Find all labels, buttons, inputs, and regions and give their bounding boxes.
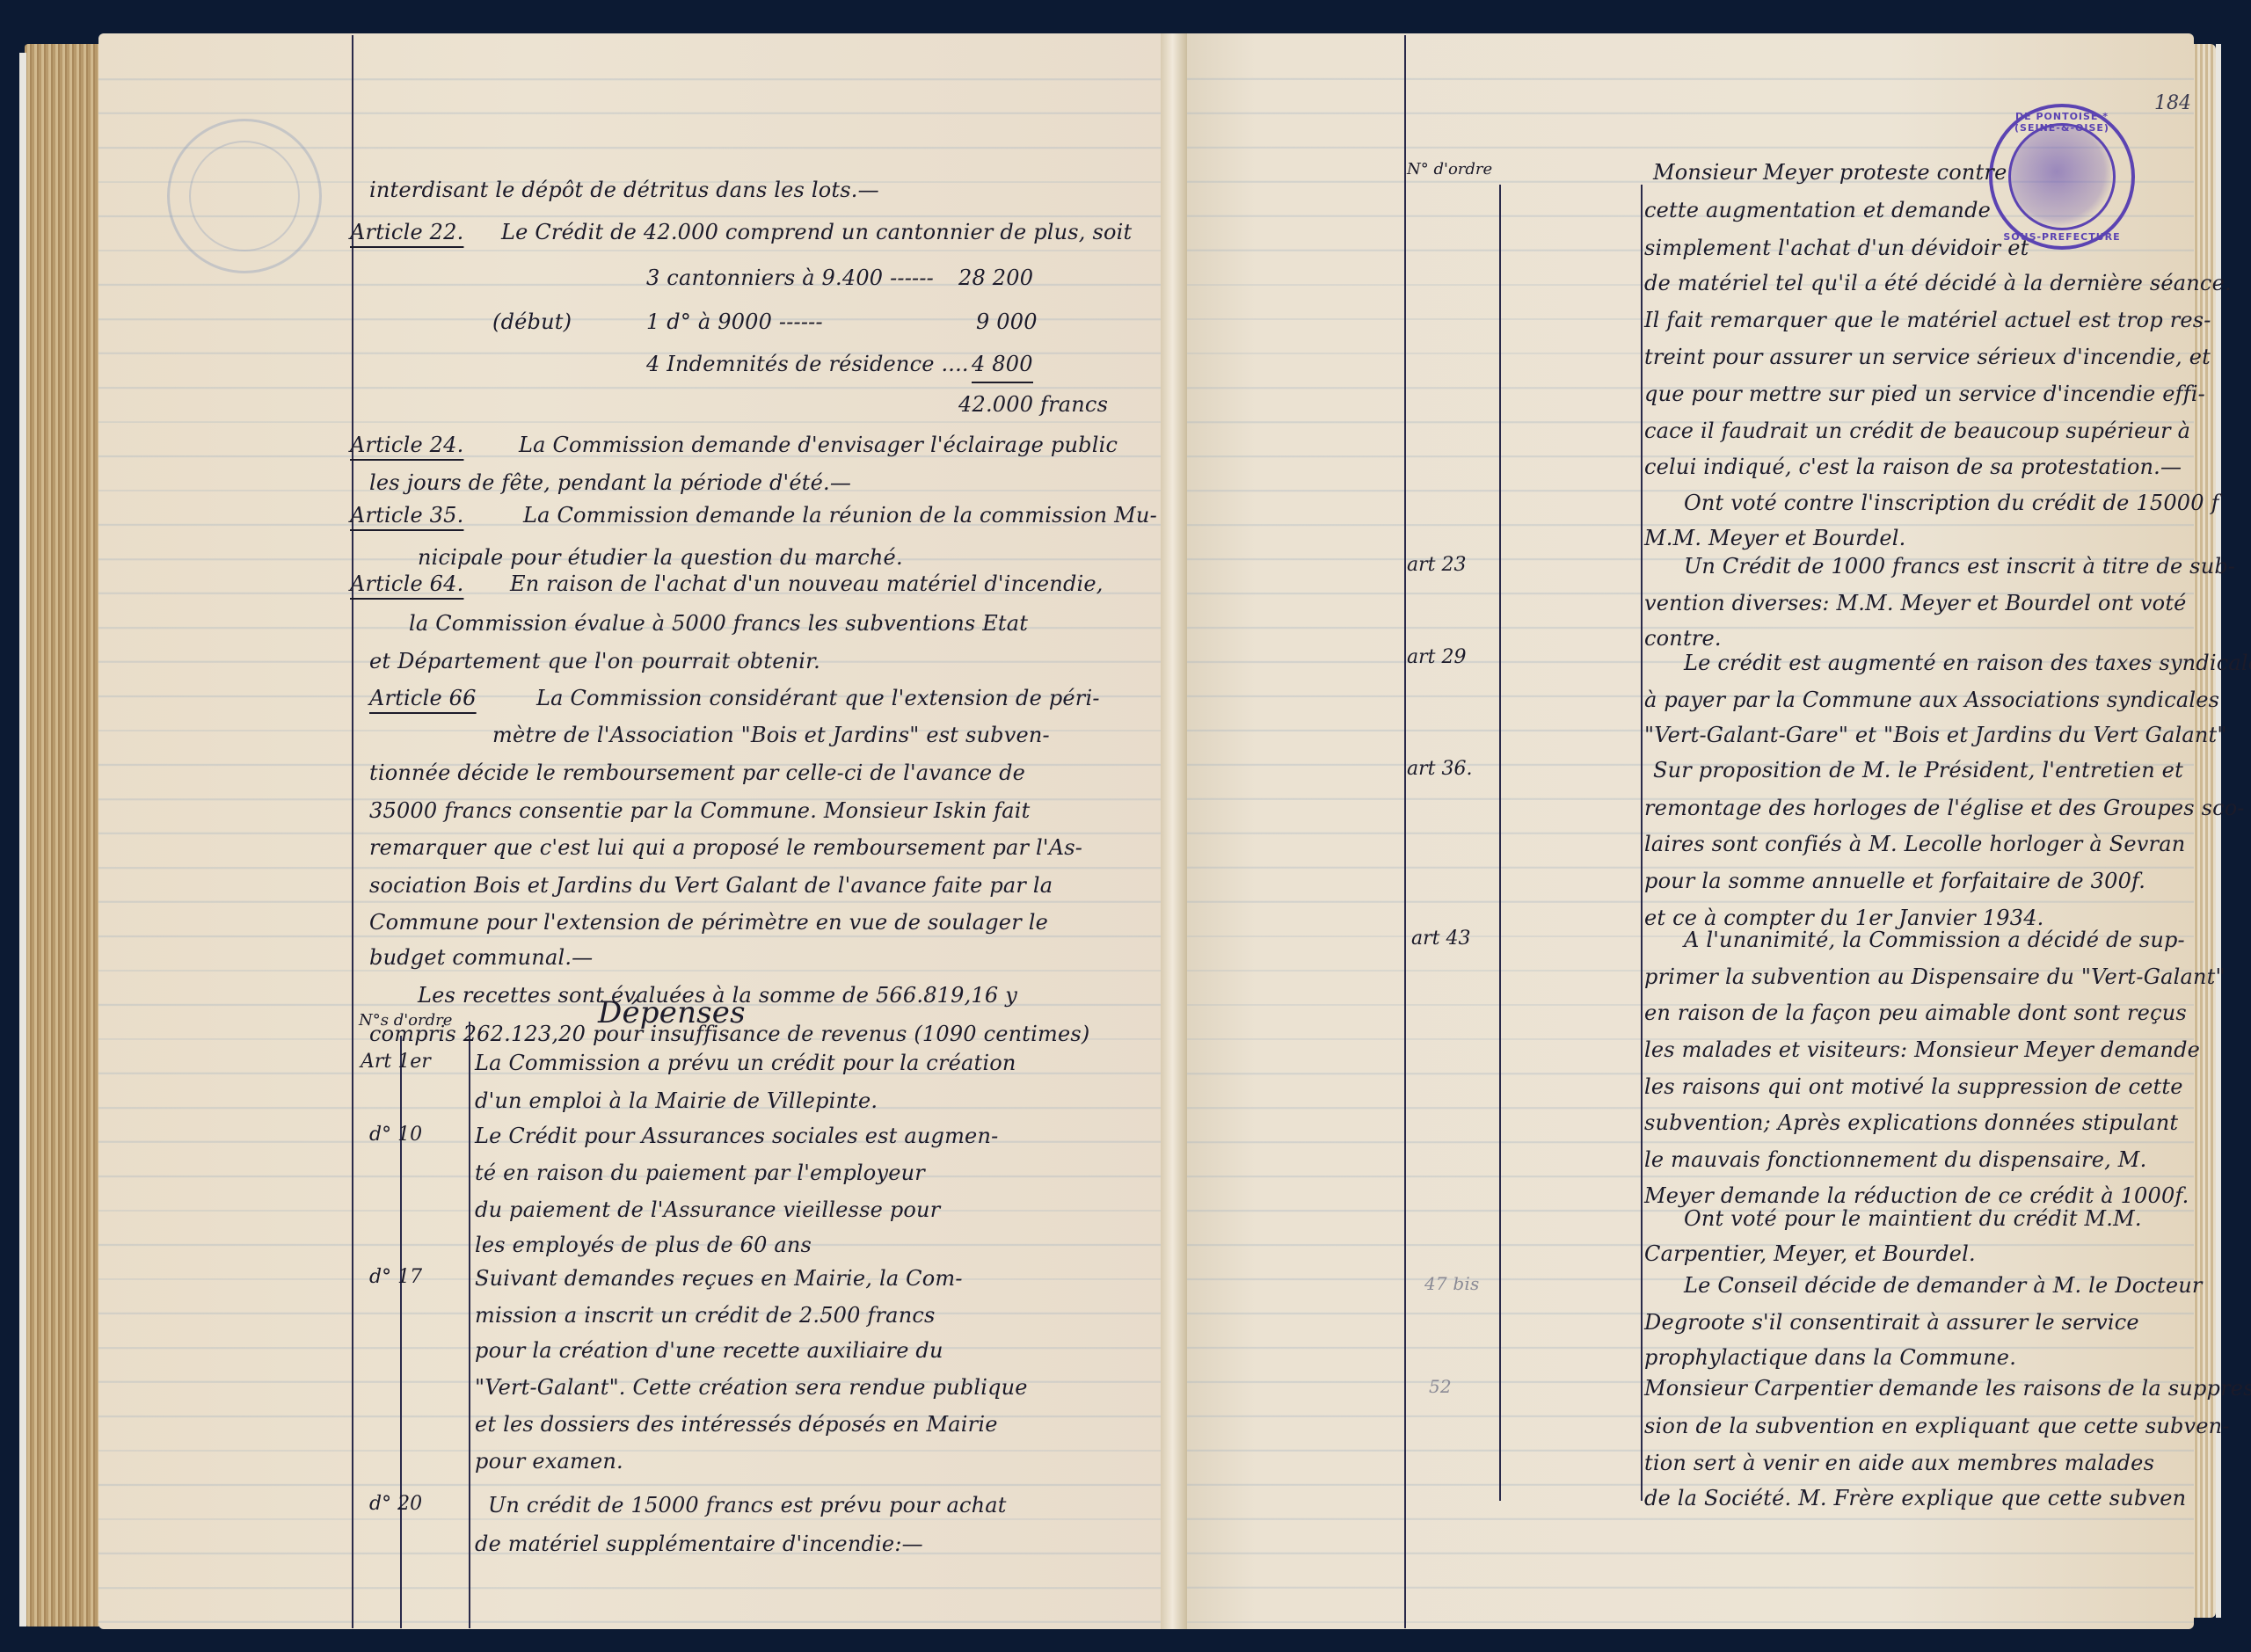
entry-line: de matériel tel qu'il a été décidé à la … (1644, 271, 2232, 295)
ordre-number: d° 17 (369, 1266, 422, 1288)
entry-line: Sur proposition de M. le Président, l'en… (1653, 758, 2183, 782)
entry-line: La Commission a prévu un crédit pour la … (475, 1051, 1016, 1075)
entry-line: pour examen. (475, 1449, 623, 1474)
entry-line: Suivant demandes reçues en Mairie, la Co… (475, 1266, 963, 1291)
entry-line: primer la subvention au Dispensaire du "… (1644, 964, 2226, 989)
ordre-column-rule-right (1499, 185, 1501, 1501)
entry-line: que pour mettre sur pied un service d'in… (1644, 382, 2205, 406)
article-label: Article 35. (350, 503, 463, 528)
article-text: Le Crédit de 42.000 comprend un cantonni… (501, 220, 1132, 244)
article-line: La Commission demande d'envisager l'écla… (519, 433, 1118, 457)
ordre-number: art 29 (1407, 646, 1466, 668)
entry-line: A l'unanimité, la Commission a décidé de… (1684, 928, 2185, 952)
ordre-number: art 43 (1411, 928, 1470, 950)
article-line: la Commission évalue à 5000 francs les s… (409, 611, 1028, 636)
book-gutter (1161, 33, 1187, 1629)
entry-line: cace il faudrait un crédit de beaucoup s… (1644, 418, 2190, 443)
breakdown-amount: 4 800 (972, 352, 1033, 383)
entry-line: Degroote s'il consentirait à assurer le … (1644, 1310, 2139, 1335)
text-column-rule (469, 1022, 470, 1628)
entry-line: Il fait remarquer que le matériel actuel… (1644, 308, 2211, 332)
article-line: En raison de l'achat d'un nouveau matéri… (510, 571, 1104, 596)
entry-line: du paiement de l'Assurance vieillesse po… (475, 1197, 940, 1222)
entry-line: Un crédit de 15000 francs est prévu pour… (488, 1493, 1007, 1517)
entry-line: le mauvais fonctionnement du dispensaire… (1644, 1147, 2146, 1172)
entry-line: celui indiqué, c'est la raison de sa pro… (1644, 455, 2182, 479)
sous-prefecture-stamp: DE PONTOISE * (SEINE-&-OISE) SOUS-PREFEC… (1989, 104, 2135, 250)
entry-line: "Vert-Galant". Cette création sera rendu… (475, 1375, 1028, 1400)
entry-line: pour la création d'une recette auxiliair… (475, 1338, 943, 1363)
article-line: mètre de l'Association "Bois et Jardins"… (492, 723, 1050, 747)
left-margin-rule (352, 35, 353, 1628)
entry-line: treint pour assurer un service sérieux d… (1644, 345, 2211, 369)
breakdown-prefix: (début) (492, 309, 572, 334)
text-column-rule-right (1641, 185, 1643, 1501)
entry-line: vention diverses: M.M. Meyer et Bourdel … (1644, 591, 2187, 615)
pencil-annotation: 52 (1429, 1376, 1452, 1397)
entry-line: tion sert à venir en aide aux membres ma… (1644, 1451, 2154, 1475)
line-continuation: interdisant le dépôt de détritus dans le… (369, 178, 879, 202)
article-label: Article 64. (350, 571, 463, 596)
breakdown-desc: 4 Indemnités de résidence .... (646, 352, 969, 376)
entry-line: d'un emploi à la Mairie de Villepinte. (475, 1088, 878, 1113)
entry-line: sion de la subvention en expliquant que … (1644, 1414, 2230, 1438)
entry-line: contre. (1644, 626, 1722, 651)
article-line: Commune pour l'extension de périmètre en… (369, 910, 1048, 935)
entry-line: subvention; Après explications données s… (1644, 1110, 2178, 1135)
entry-line: laires sont confiés à M. Lecolle horloge… (1644, 832, 2185, 856)
stamp-text-top: DE PONTOISE * (SEINE-&-OISE) (1992, 111, 2131, 134)
entry-line: Le Conseil décide de demander à M. le Do… (1684, 1273, 2203, 1298)
entry-line: Le Crédit pour Assurances sociales est a… (475, 1124, 998, 1148)
entry-line: les raisons qui ont motivé la suppressio… (1644, 1074, 2183, 1099)
article-label: Article 22. (350, 220, 463, 244)
entry-line: pour la somme annuelle et forfaitaire de… (1644, 869, 2145, 893)
article-line: tionnée décide le remboursement par cell… (369, 761, 1025, 785)
breakdown-desc: 3 cantonniers à 9.400 ------ (646, 266, 934, 290)
article-line: nicipale pour étudier la question du mar… (418, 545, 903, 570)
article-line: 35000 francs consentie par la Commune. M… (369, 798, 1031, 823)
entry-line: Un Crédit de 1000 francs est inscrit à t… (1684, 554, 2235, 579)
right-margin-rule (1404, 35, 1406, 1628)
ordre-number: d° 10 (369, 1124, 422, 1146)
entry-line: de la Société. M. Frère explique que cet… (1644, 1486, 2186, 1510)
depenses-title: Dépenses (598, 995, 746, 1030)
entry-line: et ce à compter du 1er Janvier 1934. (1644, 906, 2044, 930)
book-page-edges-left (25, 44, 104, 1627)
breakdown-amount: 9 000 (976, 309, 1038, 334)
faded-stamp (167, 119, 322, 273)
article-label: Article 24. (350, 433, 463, 457)
entry-line: en raison de la façon peu aimable dont s… (1644, 1001, 2187, 1025)
ordre-number: art 36. (1407, 758, 1472, 780)
article-line: les jours de fête, pendant la période d'… (369, 470, 851, 495)
article-line: et Département que l'on pourrait obtenir… (369, 649, 820, 673)
entry-line: simplement l'achat d'un dévidoir et (1644, 236, 2029, 260)
entry-line: Ont voté contre l'inscription du crédit … (1684, 491, 2219, 515)
article-line: La Commission demande la réunion de la c… (523, 503, 1157, 528)
entry-line: et les dossiers des intéressés déposés e… (475, 1412, 998, 1437)
ordre-number: Art 1er (361, 1051, 431, 1073)
entry-line: Meyer demande la réduction de ce crédit … (1644, 1183, 2189, 1208)
entry-line: Monsieur Carpentier demande les raisons … (1644, 1376, 2251, 1401)
article-line: budget communal.— (369, 945, 593, 970)
entry-line: cette augmentation et demande (1644, 198, 1991, 222)
entry-line: Carpentier, Meyer, et Bourdel. (1644, 1241, 1976, 1266)
pencil-annotation: 47 bis (1424, 1273, 1479, 1294)
entry-line: Le crédit est augmenté en raison des tax… (1684, 651, 2251, 675)
ordre-number: d° 20 (369, 1493, 422, 1515)
article-line: sociation Bois et Jardins du Vert Galant… (369, 873, 1053, 898)
entry-line: Monsieur Meyer proteste contre (1653, 160, 2007, 185)
entry-line: "Vert-Galant-Gare" et "Bois et Jardins d… (1644, 723, 2227, 747)
entry-line: M.M. Meyer et Bourdel. (1644, 526, 1905, 550)
entry-line: Ont voté pour le maintient du crédit M.M… (1684, 1206, 2142, 1231)
article-label: Article 66 (369, 686, 477, 710)
ordre-number: art 23 (1407, 554, 1466, 576)
breakdown-amount: 28 200 (958, 266, 1033, 290)
entry-line: prophylactique dans la Commune. (1644, 1345, 2016, 1370)
entry-line: à payer par la Commune aux Associations … (1644, 688, 2219, 712)
entry-line: remontage des horloges de l'église et de… (1644, 796, 2245, 820)
entry-line: de matériel supplémentaire d'incendie:— (475, 1532, 923, 1556)
article-line: remarquer que c'est lui qui a proposé le… (369, 835, 1082, 860)
entry-line: té en raison du paiement par l'employeur (475, 1161, 925, 1185)
entry-line: les malades et visiteurs: Monsieur Meyer… (1644, 1037, 2200, 1062)
ordre-column-header-right: N° d'ordre (1407, 160, 1492, 178)
folio-number: 184 (2154, 92, 2191, 114)
entry-line: mission a inscrit un crédit de 2.500 fra… (475, 1303, 936, 1328)
entry-line: les employés de plus de 60 ans (475, 1233, 812, 1257)
article-line: La Commission considérant que l'extensio… (536, 686, 1100, 710)
breakdown-total: 42.000 francs (958, 392, 1108, 417)
ordre-column-header: N°s d'ordre (359, 1011, 452, 1030)
breakdown-desc: 1 d° à 9000 ------ (646, 309, 823, 334)
